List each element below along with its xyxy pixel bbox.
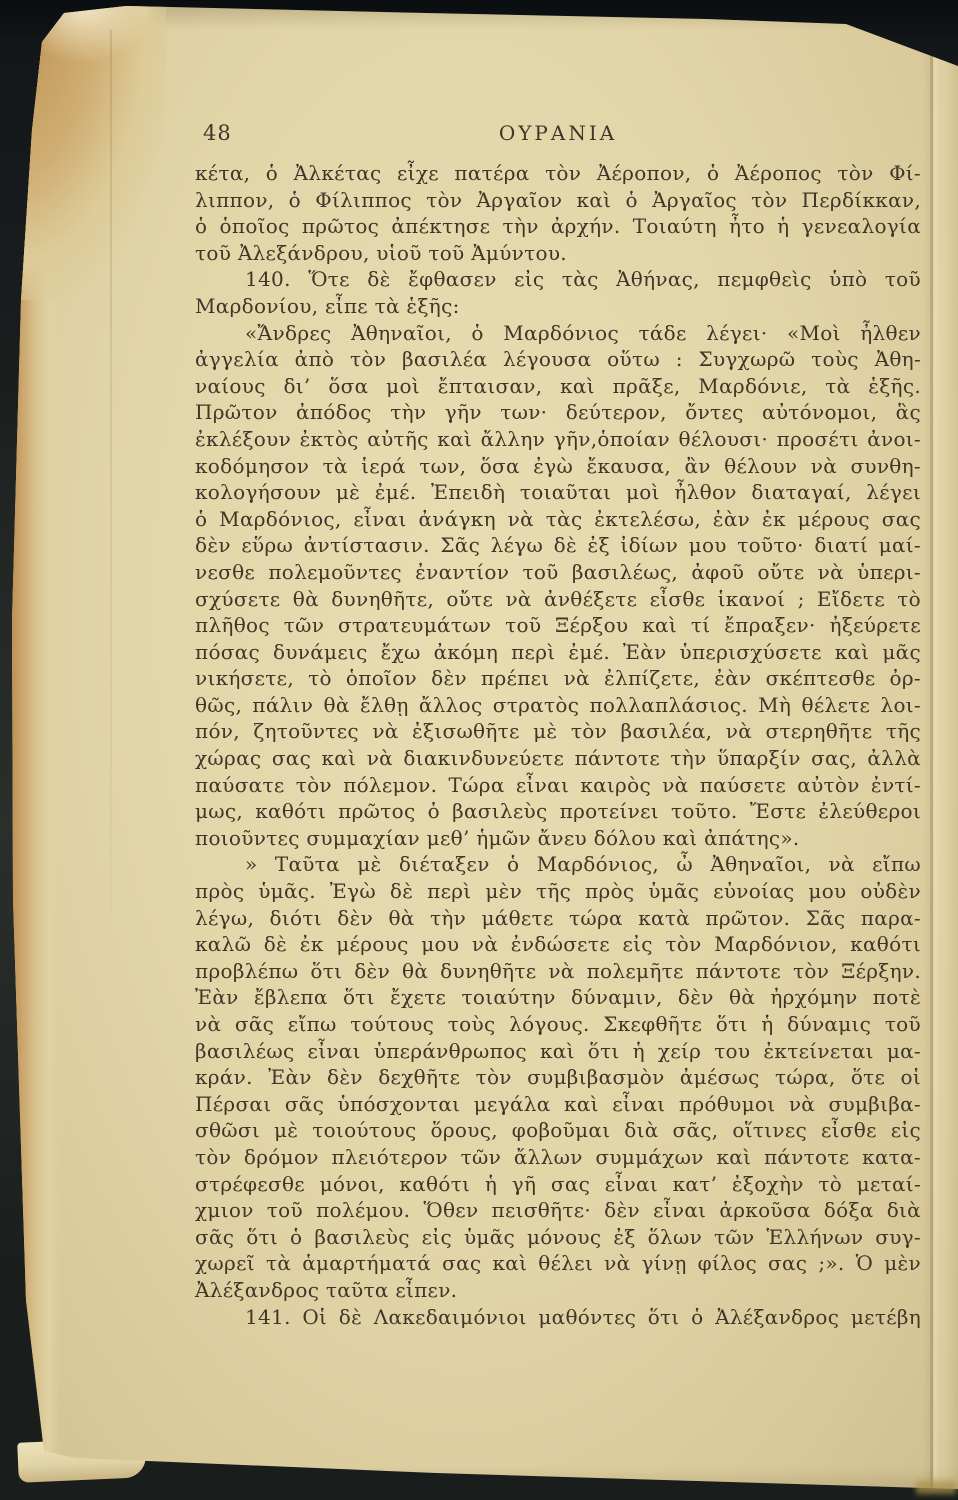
text-line: στρέφεσθε μόνοι, καθότι ἡ γῆ σας εἶναι κ… bbox=[195, 1171, 921, 1198]
page-crease-line bbox=[110, 30, 112, 910]
text-line: Μαρδονίου, εἶπε τὰ ἑξῆς: bbox=[195, 293, 921, 320]
text-line: ἐκλέξουν ἐκτὸς αὐτῆς καὶ ἄλλην γῆν,ὁποία… bbox=[195, 426, 921, 453]
text-line: πρὸς ὑμᾶς. Ἐγὼ δὲ περὶ μὲν τῆς πρὸς ὑμᾶς… bbox=[195, 878, 921, 905]
text-line: λιππον, ὁ Φίλιππος τὸν Ἀργαῖον καὶ ὁ Ἀργ… bbox=[195, 187, 921, 214]
text-line: δὲν εὕρω ἀντίστασιν. Σᾶς λέγω δὲ ἐξ ἰδίω… bbox=[195, 532, 921, 559]
body-text: κέτα, ὁ Ἀλκέτας εἶχε πατέρα τὸν Ἀέροπον,… bbox=[195, 160, 921, 1330]
text-line: κράν. Ἐὰν δὲν δεχθῆτε τὸν συμβιβασμὸν ἀμ… bbox=[195, 1064, 921, 1091]
text-line: λέγω, διότι δὲν θὰ τὴν μάθετε τώρα κατὰ … bbox=[195, 905, 921, 932]
text-line: τὸν δρόμον πλειότερον τῶν ἄλλων συμμάχων… bbox=[195, 1144, 921, 1171]
page-corner-highlight bbox=[36, 4, 156, 64]
scanned-book-photo: { "colors": { "background_dark": "#14181… bbox=[0, 0, 958, 1500]
text-line: ὁ ὁποῖος πρῶτος ἀπέκτησε τὴν ἀρχήν. Τοια… bbox=[195, 213, 921, 240]
page-header-row: 48 ΟΥΡΑΝΙΑ bbox=[195, 121, 921, 149]
text-line: θῶς, πάλιν θὰ ἔλθῃ ἄλλος στρατὸς πολλαπλ… bbox=[195, 692, 921, 719]
text-line: πόν, ζητοῦντες νὰ ἐξισωθῆτε μὲ τὸν βασιλ… bbox=[195, 718, 921, 745]
text-line: ὁ Μαρδόνιος, εἶναι ἀνάγκη νὰ τὰς ἐκτελέσ… bbox=[195, 506, 921, 533]
text-line: Ἀλέξανδρος ταῦτα εἶπεν. bbox=[195, 1277, 921, 1304]
text-line: κολογήσουν μὲ ἐμέ. Ἐπειδὴ τοιαῦται μοὶ ἦ… bbox=[195, 479, 921, 506]
text-line: Πρῶτον ἀπόδος τὴν γῆν των· δεύτερον, ὄντ… bbox=[195, 399, 921, 426]
text-line: «Ἄνδρες Ἀθηναῖοι, ὁ Μαρδόνιος τάδε λέγει… bbox=[195, 320, 921, 347]
text-line: νὰ σᾶς εἴπω τούτους τοὺς λόγους. Σκεφθῆτ… bbox=[195, 1011, 921, 1038]
text-line: νεσθε πολεμοῦντες ἐναντίον τοῦ βασιλέως,… bbox=[195, 559, 921, 586]
text-line: τοῦ Ἀλεξάνδρου, υἱοῦ τοῦ Ἀμύντου. bbox=[195, 240, 921, 267]
text-line: νικήσετε, τὸ ὁποῖον δὲν πρέπει νὰ ἐλπίζε… bbox=[195, 665, 921, 692]
text-line: παύσατε τὸν πόλεμον. Τώρα εἶναι καιρὸς ν… bbox=[195, 772, 921, 799]
text-line: » Ταῦτα μὲ διέταξεν ὁ Μαρδόνιος, ὦ Ἀθηνα… bbox=[195, 851, 921, 878]
scan-artifact bbox=[916, 1481, 956, 1494]
text-line: ποιοῦντες συμμαχίαν μεθ’ ἡμῶν ἄνευ δόλου… bbox=[195, 825, 921, 852]
text-line: μως, καθότι πρῶτος ὁ βασιλεὺς προτείνει … bbox=[195, 798, 921, 825]
running-title: ΟΥΡΑΝΙΑ bbox=[195, 121, 921, 145]
text-line: κέτα, ὁ Ἀλκέτας εἶχε πατέρα τὸν Ἀέροπον,… bbox=[195, 160, 921, 187]
text-line: βασιλέως εἶναι ὑπεράνθρωπος καὶ ὅτι ἡ χε… bbox=[195, 1038, 921, 1065]
page-right-edge-strip bbox=[934, 0, 958, 1500]
text-line: καλῶ δὲ ἐκ μέρους μου νὰ ἐνδώσετε εἰς τὸ… bbox=[195, 931, 921, 958]
text-line: σᾶς ὅτι ὁ βασιλεὺς εἰς ὑμᾶς μόνους ἐξ ὅλ… bbox=[195, 1224, 921, 1251]
text-line: χμιον τοῦ πολέμου. Ὅθεν πεισθῆτε· δὲν εἶ… bbox=[195, 1197, 921, 1224]
text-line: προβλέπω ὅτι δὲν θὰ δυνηθῆτε νὰ πολεμῆτε… bbox=[195, 958, 921, 985]
page-fold-line bbox=[930, 0, 933, 1500]
text-line: 140. Ὅτε δὲ ἔφθασεν εἰς τὰς Ἀθήνας, πεμφ… bbox=[195, 266, 921, 293]
text-line: 141. Οἱ δὲ Λακεδαιμόνιοι μαθόντες ὅτι ὁ … bbox=[195, 1304, 921, 1331]
text-line: σθῶσι μὲ τοιούτους ὅρους, φοβοῦμαι διὰ σ… bbox=[195, 1117, 921, 1144]
text-line: χώρας σας καὶ νὰ διακινδυνεύετε πάντοτε … bbox=[195, 745, 921, 772]
text-line: πλῆθος τῶν στρατευμάτων τοῦ Ξέρξου καὶ τ… bbox=[195, 612, 921, 639]
text-line: κοδόμησον τὰ ἱερά των, ὅσα ἐγὼ ἔκαυσα, ἂ… bbox=[195, 453, 921, 480]
text-line: ἀγγελία ἀπὸ τὸν βασιλέα λέγουσα οὕτω : Σ… bbox=[195, 346, 921, 373]
text-line: σχύσετε θὰ δυνηθῆτε, οὔτε νὰ ἀνθέξετε εἶ… bbox=[195, 586, 921, 613]
text-line: Πέρσαι σᾶς ὑπόσχονται μεγάλα καὶ εἶναι π… bbox=[195, 1091, 921, 1118]
text-line: Ἐὰν ἔβλεπα ὅτι ἔχετε τοιαύτην δύναμιν, δ… bbox=[195, 984, 921, 1011]
book-page: 48 ΟΥΡΑΝΙΑ κέτα, ὁ Ἀλκέτας εἶχε πατέρα τ… bbox=[6, 0, 958, 1500]
text-line: ναίους δι’ ὅσα μοὶ ἔπταισαν, καὶ πρᾶξε, … bbox=[195, 373, 921, 400]
text-line: πόσας δυνάμεις ἔχω ἀκόμη περὶ ἐμέ. Ἐὰν ὑ… bbox=[195, 639, 921, 666]
text-line: χωρεῖ τὰ ἁμαρτήματά σας καὶ θέλει νὰ γίν… bbox=[195, 1250, 921, 1277]
